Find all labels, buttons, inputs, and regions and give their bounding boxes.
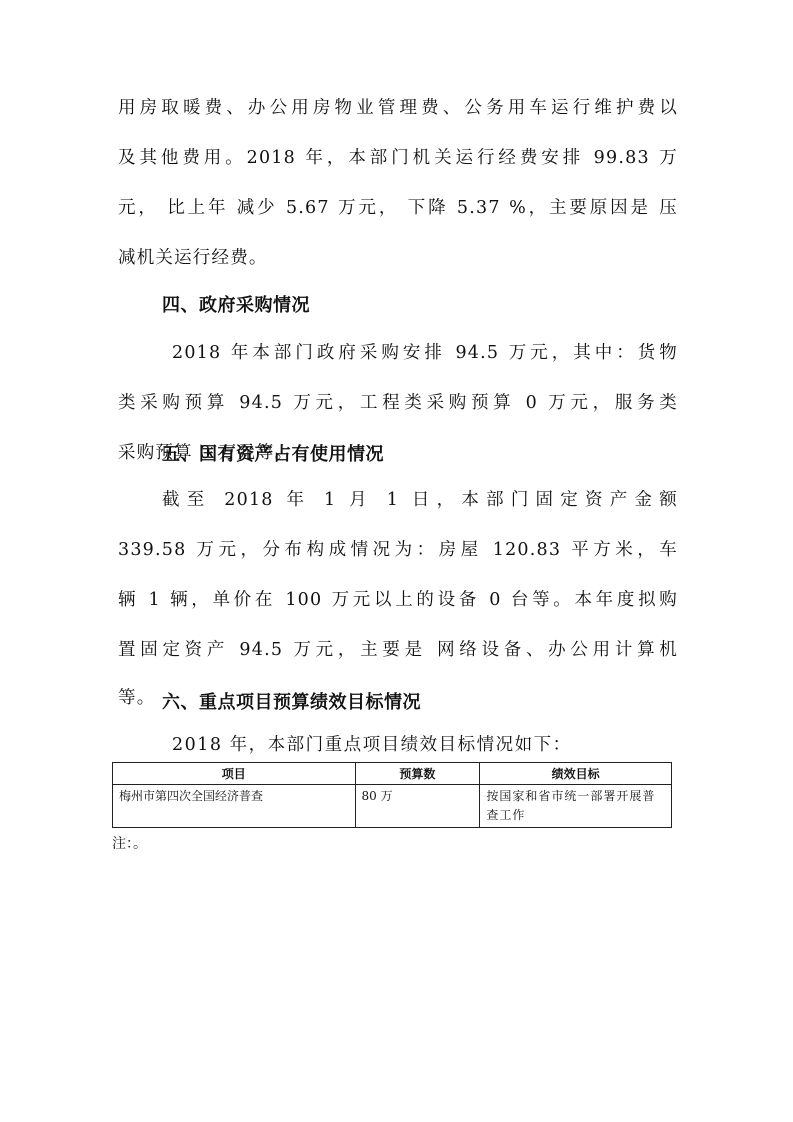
paragraph-line: 类采购预算 94.5 万元，工程类采购预算 0 万元，服务类 xyxy=(118,389,678,414)
table-row: 梅州市第四次全国经济普查 80 万 按国家和省市统一部署开展普查工作 xyxy=(113,785,672,828)
section-heading-assets: 五、国有资产占有使用情况 xyxy=(162,440,384,466)
table-cell-project: 梅州市第四次全国经济普查 xyxy=(113,785,356,828)
paragraph-line: 元， 比上年 减少 5.67 万元， 下降 5.37 %，主要原因是 压 xyxy=(118,194,678,219)
paragraph-line: 减机关运行经费。 xyxy=(118,244,678,269)
section-heading-procurement: 四、政府采购情况 xyxy=(162,291,310,317)
table-cell-goal: 按国家和省市统一部署开展普查工作 xyxy=(480,785,672,828)
table-header: 项目 xyxy=(113,763,356,785)
paragraph-line: 339.58 万元，分布构成情况为：房屋 120.83 平方米，车 xyxy=(118,536,678,561)
paragraph-line: 2018 年本部门政府采购安排 94.5 万元，其中：货物 xyxy=(172,339,678,364)
table-header: 预算数 xyxy=(355,763,480,785)
table-cell-budget: 80 万 xyxy=(355,785,480,828)
paragraph-line: 及其他费用。2018 年，本部门机关运行经费安排 99.83 万 xyxy=(118,144,678,169)
table-header: 绩效目标 xyxy=(480,763,672,785)
section-heading-performance: 六、重点项目预算绩效目标情况 xyxy=(162,688,421,714)
table-note: 注：。 xyxy=(112,833,147,853)
paragraph-line: 截至 2018 年 1 月 1 日，本部门固定资产金额 xyxy=(162,486,678,511)
performance-goals-table: 项目 预算数 绩效目标 梅州市第四次全国经济普查 80 万 按国家和省市统一部署… xyxy=(112,762,672,828)
paragraph-line: 用房取暖费、办公用房物业管理费、公务用车运行维护费以 xyxy=(118,94,678,119)
paragraph-line: 辆 1 辆，单价在 100 万元以上的设备 0 台等。本年度拟购 xyxy=(118,586,678,611)
section-intro: 2018 年，本部门重点项目绩效目标情况如下： xyxy=(172,731,572,756)
table-header-row: 项目 预算数 绩效目标 xyxy=(113,763,672,785)
paragraph-line: 置固定资产 94.5 万元，主要是 网络设备、办公用计算机 xyxy=(118,636,678,661)
